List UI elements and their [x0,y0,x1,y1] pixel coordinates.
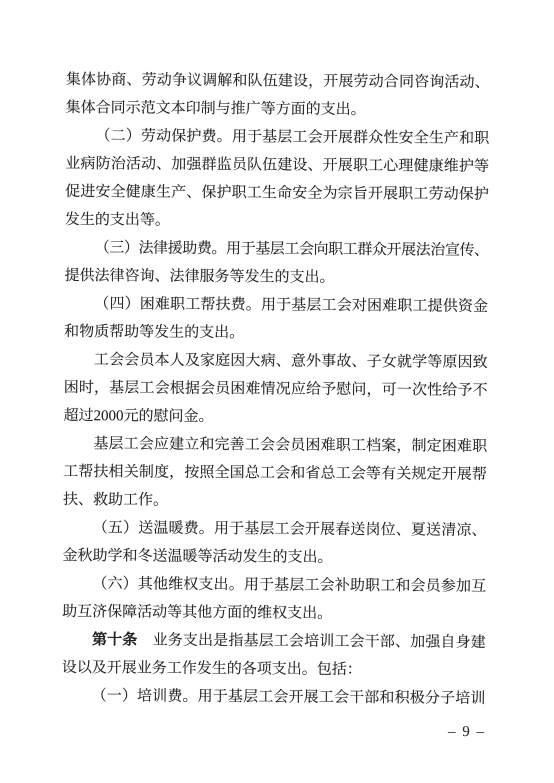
text-line: 工帮扶相关制度，按照全国总工会和省总工会等有关规定开展帮 [63,458,487,489]
text-line: （二）劳动保护费。用于基层工会开展群众性安全生产和职 [65,122,489,153]
text-line: 促进安全健康生产、保护职工生命安全为宗旨开展职工劳动保护 [65,178,489,209]
text-line: （三）法律援助费。用于基层工会向职工群众开展法治宣传、 [65,234,489,265]
text-line: 发生的支出等。 [65,206,489,237]
page-number: – 9 – [448,724,486,741]
text-line: 设以及开展业务工作发生的各项支出。包括： [62,654,486,685]
text-line: 集体合同示范文本印制与推广等方面的支出。 [66,94,490,125]
text-line: 业病防治活动、加强群监员队伍建设、开展职工心理健康维护等 [65,150,489,181]
scanned-page: 集体协商、劳动争议调解和队伍建设，开展劳动合同咨询活动、集体合同示范文本印制与推… [0,0,554,783]
text-line: （四）困难职工帮扶费。用于基层工会对困难职工提供资金 [64,290,488,321]
text-line: （一）培训费。用于基层工会开展工会干部和积极分子培训 [62,682,486,713]
article-heading: 第十条 [92,632,138,648]
text-line: 扶、救助工作。 [63,486,487,517]
text-line: 助互济保障活动等其他方面的维权支出。 [62,598,486,629]
text-line: 第十条 业务支出是指基层工会培训工会干部、加强自身建 [62,626,486,657]
text-line: 和物质帮助等发生的支出。 [64,318,488,349]
text-line: 基层工会应建立和完善工会会员困难职工档案，制定困难职 [63,430,487,461]
text-line: 金秋助学和冬送温暖等活动发生的支出。 [62,542,486,573]
text-line: 工会会员本人及家庭因大病、意外事故、子女就学等原因致 [64,346,488,377]
text-line: 超过2000元的慰问金。 [63,402,487,433]
text-line: 集体协商、劳动争议调解和队伍建设，开展劳动合同咨询活动、 [66,66,490,97]
text-line: （五）送温暖费。用于基层工会开展春送岗位、夏送清凉、 [63,514,487,545]
text-line: 提供法律咨询、法律服务等发生的支出。 [64,262,488,293]
document-body: 集体协商、劳动争议调解和队伍建设，开展劳动合同咨询活动、集体合同示范文本印制与推… [62,66,490,713]
text-line: 困时，基层工会根据会员困难情况应给予慰问，可一次性给予不 [64,374,488,405]
text-line: （六）其他维权支出。用于基层工会补助职工和会员参加互 [62,570,486,601]
